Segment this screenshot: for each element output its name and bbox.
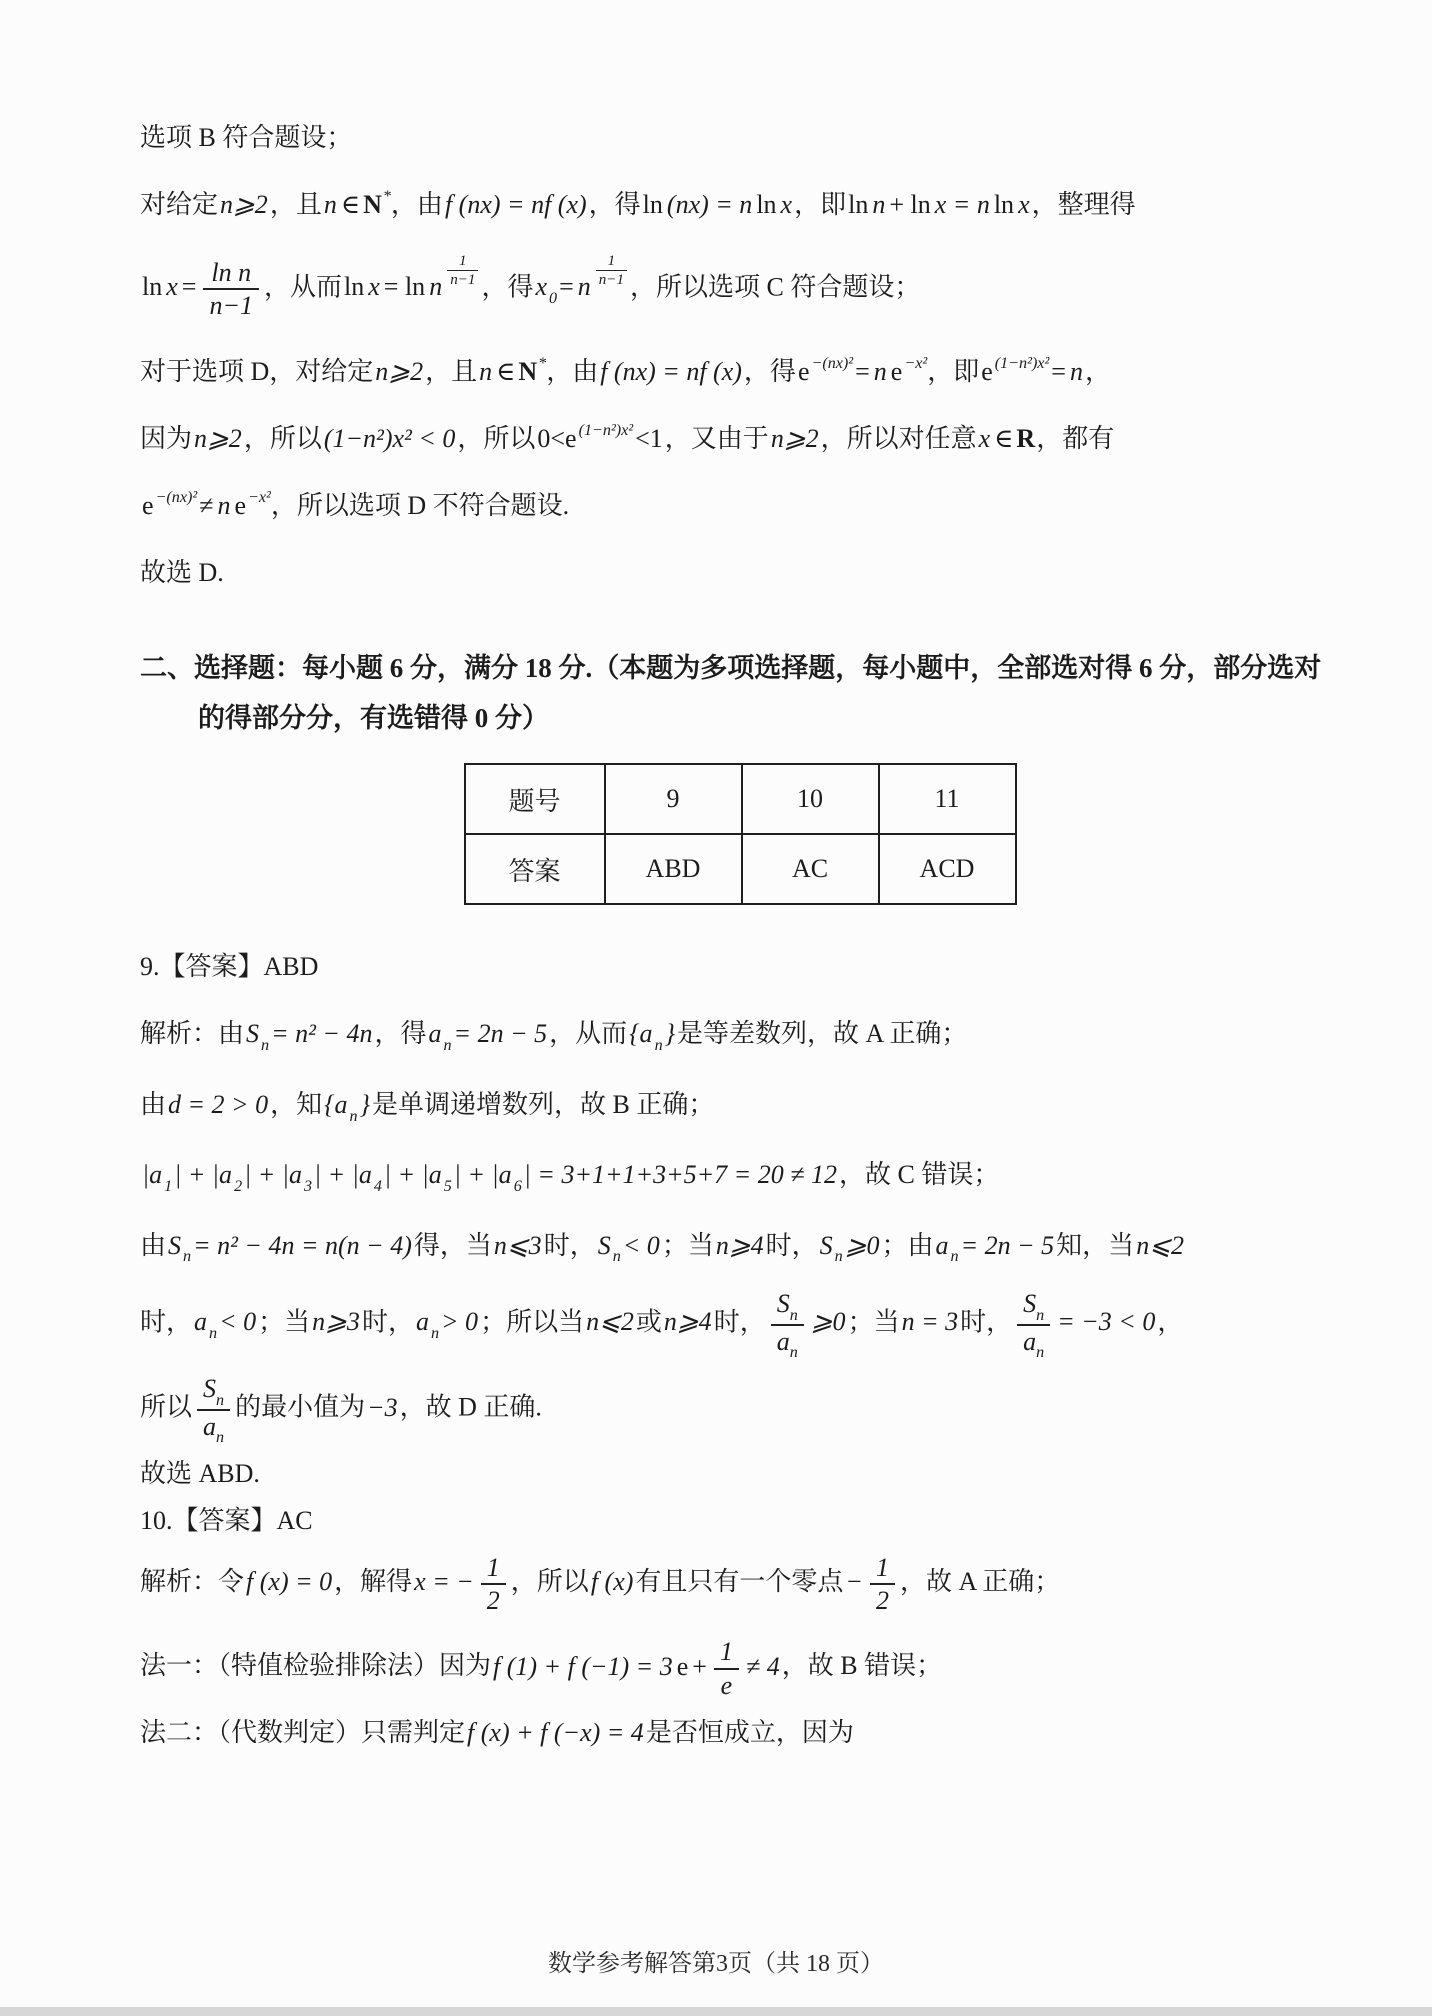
text-run: ；当 [662,1231,714,1260]
fraction: 1n−1 [447,252,478,289]
text-run: 时， [960,1307,1012,1336]
math-upright: = [855,357,870,386]
q9-analysis-d-1: 由Sn= n² − 4n = n(n − 4)得，当n⩽3时，Sn< 0；当n⩾… [140,1226,1340,1268]
text-run: ，都有 [1036,424,1114,453]
text-run: ，故 B 错误； [782,1652,942,1681]
fraction-denominator: 2 [870,1585,895,1616]
math-italic: n [872,190,885,219]
text-run: 是等差数列，故 A 正确； [677,1019,967,1048]
math-italic: x = − [414,1567,474,1596]
math-italic: (1−n²)x² < 0 [324,424,456,453]
math-italic: n⩽3 [494,1231,542,1260]
subscript: n [183,1248,191,1265]
math-upright: = [559,272,574,301]
fraction-numerator: 1 [447,252,478,271]
text-run: ，即 [794,190,846,219]
table-cell-row2-label: 答案 [465,834,605,904]
fraction: ln nn−1 [203,257,259,321]
text-run: ；由 [882,1231,934,1260]
math-italic: f (x) [591,1567,634,1596]
text-run: 10.【答案】AC [140,1506,313,1535]
superscript: −x² [248,489,271,506]
fraction-numerator: Sn [197,1373,230,1411]
math-italic: x [368,272,380,301]
math-upright: ln [848,190,868,219]
table-cell-a11: ACD [879,834,1016,904]
math-italic: n [217,491,230,520]
math-italic: n [429,272,442,301]
math-italic: n⩾4 [716,1231,764,1260]
math-upright: e [891,357,903,386]
text-run: ，又由于 [665,424,769,453]
fraction: Snan [771,1288,804,1361]
question-9-answer: 9.【答案】ABD [140,947,1340,986]
superscript: * [538,355,546,372]
text-run: 是单调递增数列，故 B 正确； [372,1090,714,1119]
math-italic: < 0 [623,1231,660,1260]
text-run: 对于选项 D，对给定 [140,357,373,386]
superscript: (1−n²)x² [579,422,634,439]
solution-text-top: 选项 B 符合题设；对给定n⩾2，且n∈N*，由f (nx) = nf (x)，… [140,118,1340,743]
q9-analysis-b: 由d = 2 > 0，知{an}是单调递增数列，故 B 正确； [140,1085,1340,1127]
fraction-denominator: n−1 [596,271,627,289]
text-run: ，所以选项 C 符合题设； [630,272,920,301]
subscript: n [1036,1307,1044,1324]
fraction: Snan [1017,1288,1050,1361]
subscript: 4 [374,1178,382,1195]
subscript: n [790,1307,798,1324]
math-bold: R [1016,424,1035,453]
option-d-derivation-3: e−(nx)²≠ne−x²，所以选项 D 不符合题设. [140,486,1340,525]
math-italic: = 2n − 5 [454,1019,548,1048]
math-italic: ≠ 4 [746,1652,780,1681]
math-italic: ⩾0 [811,1307,846,1336]
subscript: n [216,1429,224,1446]
question-10-answer: 10.【答案】AC [140,1501,1340,1540]
q10-method-2: 法二：（代数判定）只需判定f (x) + f (−x) = 4是否恒成立，因为 [140,1713,1340,1752]
math-italic: = 2n − 5 [961,1231,1055,1260]
fraction: 12 [870,1552,895,1616]
math-italic: S [246,1019,259,1048]
text-run: 9.【答案】ABD [140,952,318,981]
text-run: ， [1157,1307,1183,1336]
fraction-numerator: ln n [203,257,259,290]
text-run: 或 [636,1307,662,1336]
text-run: ，所以 [511,1567,589,1596]
math-upright: ln [756,190,776,219]
text-run: 因为 [140,424,192,453]
math-italic: x = n [935,190,990,219]
text-run: 得，当 [414,1231,492,1260]
math-bold: N [363,190,382,219]
table-cell-a9: ABD [605,834,742,904]
math-italic: = n² − 4n = n(n − 4) [193,1231,412,1260]
fraction-numerator: 1 [481,1552,506,1585]
subscript: n [431,1325,439,1342]
math-italic: f (x) = 0 [246,1567,332,1596]
subscript: n [613,1248,621,1265]
text-run: 时， [362,1307,414,1336]
table-cell-a10: AC [742,834,879,904]
subscript: 0 [549,290,557,307]
math-italic: a [194,1307,207,1336]
math-italic: | + |a [244,1160,302,1189]
text-run: ， [1085,357,1111,386]
math-italic: n [324,190,337,219]
q10-analysis-a: 解析：令f (x) = 0，解得x = −12，所以f (x)有且只有一个零点−… [140,1552,1340,1616]
text-run: ，得 [374,1019,426,1048]
fraction: 1e [714,1636,739,1700]
math-italic: > 0 [441,1307,478,1336]
math-italic: n⩾3 [312,1307,360,1336]
fraction: 12 [481,1552,506,1616]
math-italic: | + |a [454,1160,512,1189]
text-run: ，得 [589,190,641,219]
text-run: ；当 [258,1307,310,1336]
math-upright: = [1051,357,1066,386]
text-run: 知，当 [1056,1231,1134,1260]
math-bold: N [518,357,537,386]
text-run: 时， [544,1231,596,1260]
math-upright: e [142,491,154,520]
math-italic: ⩾0 [845,1231,880,1260]
math-italic: | + |a [314,1160,372,1189]
text-run: ，所以对任意 [821,424,977,453]
fraction-numerator: Sn [771,1288,804,1326]
text-run: ，由 [546,357,598,386]
fraction: Snan [197,1373,230,1446]
fraction: 1n−1 [596,252,627,289]
q9-analysis-c: |a1| + |a2| + |a3| + |a4| + |a5| + |a6| … [140,1155,1340,1197]
text-run: 二、选择题：每小题 6 分，满分 18 分.（本题为多项选择题，每小题中，全部选… [140,653,1321,733]
math-upright: ≠ [199,491,213,520]
math-upright: ln [994,190,1014,219]
table-cell-q10: 10 [742,764,879,834]
math-upright: ln [643,190,663,219]
math-italic: f (x) + f (−x) = 4 [467,1718,644,1747]
option-c-derivation-1: 对给定n⩾2，且n∈N*，由f (nx) = nf (x)，得ln(nx) = … [140,185,1340,224]
math-italic: n [479,357,492,386]
text-run: ，故 D 正确. [400,1393,542,1422]
math-italic: n⩽2 [1136,1231,1184,1260]
text-run: 时， [140,1307,192,1336]
math-italic: x [1018,190,1030,219]
fraction-denominator: 2 [481,1585,506,1616]
math-italic: x [535,272,547,301]
text-run: ，得 [481,272,533,301]
math-italic: f (nx) = nf (x) [445,190,587,219]
option-b-conclusion: 选项 B 符合题设； [140,118,1340,157]
math-italic: } [665,1019,675,1048]
math-upright: <1 [635,424,663,453]
fraction-denominator: an [197,1411,230,1447]
math-upright: e [677,1652,689,1681]
subscript: 3 [304,1178,312,1195]
text-run: 解析：令 [140,1567,244,1596]
math-italic: S [820,1231,833,1260]
fraction-denominator: an [771,1326,804,1362]
text-run: ，故 C 错误； [839,1160,999,1189]
math-italic: f (1) + f (−1) = 3 [493,1652,673,1681]
text-run: ，且 [425,357,477,386]
math-italic: −3 [367,1393,398,1422]
math-upright: 0<e [537,424,576,453]
math-upright: ln [142,272,162,301]
table-row-answers: 答案 ABD AC ACD [465,834,1016,904]
subscript: n [443,1037,451,1054]
text-run: 时， [766,1231,818,1260]
subscript: n [835,1248,843,1265]
math-italic: (nx) = n [667,190,752,219]
subscript: n [209,1325,217,1342]
q10-method-1: 法一：（特值检验排除法）因为f (1) + f (−1) = 3e+1e≠ 4，… [140,1636,1340,1700]
math-upright: e [798,357,810,386]
exam-answer-page: 选项 B 符合题设；对给定n⩾2，且n∈N*，由f (nx) = nf (x)，… [0,0,1432,2016]
text-run: 选项 B 符合题设； [140,123,352,152]
math-italic: f (nx) = nf (x) [600,357,742,386]
question-8-final-answer: 故选 D. [140,553,1340,592]
math-italic: n⩽2 [586,1307,634,1336]
table-cell-q11: 11 [879,764,1016,834]
subscript: n [655,1037,663,1054]
option-d-derivation-1: 对于选项 D，对给定n⩾2，且n∈N*，由f (nx) = nf (x)，得e−… [140,352,1340,391]
fraction-numerator: 1 [870,1552,895,1585]
superscript: −(nx)² [811,355,853,372]
fraction-denominator: e [714,1670,739,1701]
subscript: 6 [514,1178,522,1195]
text-run: ，解得 [334,1567,412,1596]
math-italic: = −3 < 0 [1057,1307,1155,1336]
math-italic: {a [629,1019,652,1048]
fraction-denominator: an [1017,1326,1050,1362]
math-italic: n = 3 [902,1307,959,1336]
scan-edge-strip [0,2007,1432,2016]
subscript: 5 [444,1178,452,1195]
math-italic: n⩾2 [194,424,242,453]
math-italic: x [781,190,793,219]
text-run: ，从而 [549,1019,627,1048]
math-italic: − [845,1567,863,1596]
math-italic: | + |a [384,1160,442,1189]
subscript: 2 [234,1178,242,1195]
q9-analysis-d-2: 时，an< 0；当n⩾3时，an> 0；所以当n⩽2或n⩾4时，Snan⩾0；当… [140,1288,1340,1361]
text-run: ，所以选项 D 不符合题设. [271,491,569,520]
math-italic: n [874,357,887,386]
text-run: 故选 ABD. [140,1459,260,1488]
text-run: ；当 [848,1307,900,1336]
q9-analysis-a: 解析：由Sn= n² − 4n，得an= 2n − 5，从而{an}是等差数列，… [140,1014,1340,1056]
subscript: 1 [164,1178,172,1195]
superscript: * [383,188,391,205]
math-italic: n [1070,357,1083,386]
fraction-numerator: 1 [596,252,627,271]
text-run: ，从而 [264,272,342,301]
math-upright: e [234,491,246,520]
text-run: ，故 A 正确； [900,1567,1060,1596]
math-italic: a [936,1231,949,1260]
math-italic: n [578,272,591,301]
superscript: −(nx)² [156,489,198,506]
text-run: ，由 [391,190,443,219]
math-italic: a [416,1307,429,1336]
text-run: 所以 [140,1393,192,1422]
text-run: ；所以当 [480,1307,584,1336]
math-upright: ∈ [341,190,360,219]
math-italic: x [166,272,178,301]
math-italic: } [360,1090,370,1119]
text-run: ，且 [270,190,322,219]
math-italic: S [168,1231,181,1260]
text-run: 法二：（代数判定）只需判定 [140,1718,465,1747]
solution-text-bottom: 9.【答案】ABD解析：由Sn= n² − 4n，得an= 2n − 5，从而{… [140,947,1340,1751]
text-run: 由 [140,1231,166,1260]
fraction-denominator: n−1 [447,271,478,289]
subscript: n [790,1344,798,1361]
math-italic: {a [324,1090,347,1119]
math-upright: = ln [384,272,425,301]
text-run: ，所以 [244,424,322,453]
text-run: ，即 [927,357,979,386]
fraction-denominator: n−1 [203,290,259,321]
q9-analysis-d-3: 所以Snan的最小值为−3，故 D 正确. [140,1373,1340,1446]
math-upright: e [981,357,993,386]
subscript: n [350,1108,358,1125]
text-run: 解析：由 [140,1019,244,1048]
text-run: 有且只有一个零点 [635,1567,843,1596]
superscript: (1−n²)x² [995,355,1050,372]
math-italic: | = 3+1+1+3+5+7 = 20 ≠ 12 [524,1160,837,1189]
math-italic: n⩾2 [375,357,423,386]
text-run: ，得 [744,357,796,386]
math-upright: = [182,272,197,301]
math-italic: < 0 [219,1307,256,1336]
text-run: 法一：（特值检验排除法）因为 [140,1652,491,1681]
text-run: ，所以 [457,424,535,453]
answer-table: 题号 9 10 11 答案 ABD AC ACD [464,763,1017,905]
text-run: 对给定 [140,190,218,219]
fraction-numerator: 1 [714,1636,739,1669]
math-upright: ∈ [994,424,1013,453]
math-italic: d = 2 > 0 [168,1090,268,1119]
subscript: n [951,1248,959,1265]
text-run: ，知 [270,1090,322,1119]
math-italic: a [428,1019,441,1048]
subscript: n [261,1037,269,1054]
math-italic: = n² − 4n [271,1019,372,1048]
page-footer: 数学参考解答第3页（共 18 页） [0,1943,1432,1978]
text-run: 是否恒成立，因为 [646,1718,854,1747]
table-cell-q9: 9 [605,764,742,834]
math-italic: | + |a [174,1160,232,1189]
math-upright: + ln [889,190,930,219]
text-run: ，整理得 [1032,190,1136,219]
superscript: −x² [904,355,927,372]
table-cell-row1-label: 题号 [465,764,605,834]
text-run: 故选 D. [140,558,224,587]
math-upright: ln [344,272,364,301]
section-2-heading: 二、选择题：每小题 6 分，满分 18 分.（本题为多项选择题，每小题中，全部选… [140,644,1340,744]
option-d-derivation-2: 因为n⩾2，所以(1−n²)x² < 0，所以0<e(1−n²)x²<1，又由于… [140,419,1340,458]
math-upright: ∈ [496,357,515,386]
fraction-numerator: Sn [1017,1288,1050,1326]
math-italic: S [598,1231,611,1260]
option-c-derivation-2: lnx=ln nn−1，从而lnx= lnn1n−1，得x0=n1n−1，所以选… [140,252,1340,322]
question-9-final-answer: 故选 ABD. [140,1454,1340,1493]
math-upright: + [692,1652,707,1681]
math-italic: n⩾2 [220,190,268,219]
math-italic: n⩾2 [771,424,819,453]
table-row-question-numbers: 题号 9 10 11 [465,764,1016,834]
math-italic: |a [142,1160,162,1189]
text-run: 时， [714,1307,766,1336]
subscript: n [216,1392,224,1409]
text-run: 由 [140,1090,166,1119]
math-italic: n⩾4 [664,1307,712,1336]
text-run: 的最小值为 [235,1393,365,1422]
math-italic: x [979,424,991,453]
subscript: n [1036,1344,1044,1361]
